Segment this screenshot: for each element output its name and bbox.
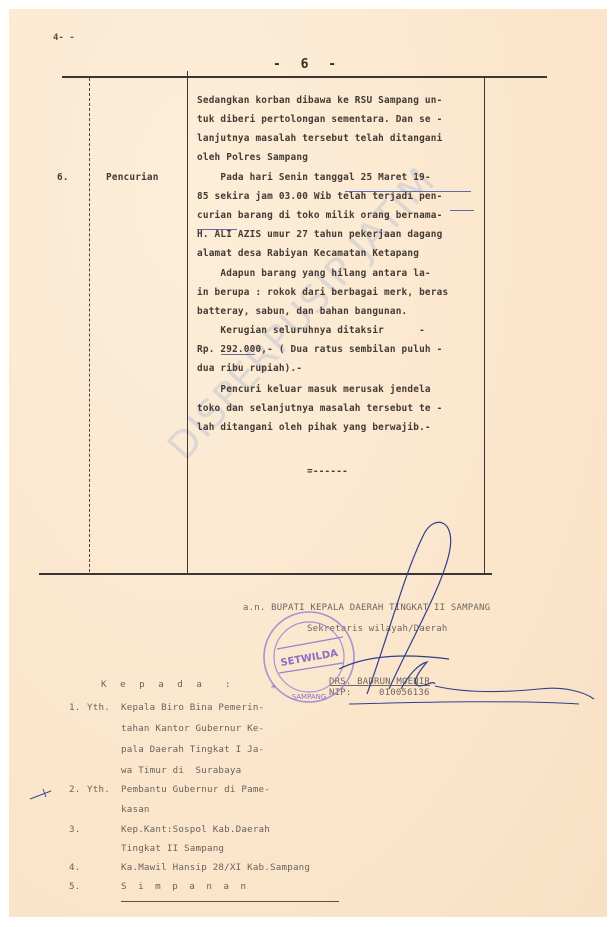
text-line: Pencuri keluar masuk merusak jendela xyxy=(197,384,431,395)
recipient-number: 5. xyxy=(69,881,80,892)
text-line: H. ALI AZIS umur 27 tahun pekerjaan daga… xyxy=(197,229,442,240)
text-line: alamat desa Rabiyan Kecamatan Ketapang xyxy=(197,248,419,259)
table-col-divider-2 xyxy=(187,71,188,574)
recipient-prefix: Yth. xyxy=(87,702,110,713)
recipient-line: tahan Kantor Gubernur Ke- xyxy=(121,723,264,734)
recipient-line: kasan xyxy=(121,804,150,815)
recipient-line: pala Daerah Tingkat I Ja- xyxy=(121,744,264,755)
table-col-divider-3 xyxy=(484,76,485,574)
recipient-line: wa Timur di Surabaya xyxy=(121,765,241,776)
recipient-line: Tingkat II Sampang xyxy=(121,843,224,854)
pencurian-underline-2 xyxy=(197,229,237,230)
recipient-line: Ka.Mawil Hansip 28/XI Kab.Sampang xyxy=(121,862,310,873)
recipient-number: 3. xyxy=(69,824,80,835)
arrow-mark-icon xyxy=(29,787,53,801)
row-category: Pencurian xyxy=(106,172,159,183)
row-number: 6. xyxy=(57,172,69,183)
recipient-line: S i m p a n a n xyxy=(121,881,249,892)
recipient-prefix: Yth. xyxy=(87,784,110,795)
text-line: Sedangkan korban dibawa ke RSU Sampang u… xyxy=(197,95,442,106)
recipients-heading: K e p a d a : xyxy=(101,679,234,690)
text-line: dua ribu rupiah).- xyxy=(197,363,302,374)
text-line: lanjutnya masalah tersebut telah ditanga… xyxy=(197,133,442,144)
signature-icon xyxy=(309,514,599,724)
recipient-number: 2. xyxy=(69,784,80,795)
text-line: 85 sekira jam 03.00 Wib telah terjadi pe… xyxy=(197,191,442,202)
table-top-border xyxy=(62,76,547,78)
text-line: oleh Polres Sampang xyxy=(197,152,308,163)
text-line: toko dan selanjutnya masalah tersebut te… xyxy=(197,403,442,414)
page-number: - 6 - xyxy=(273,57,342,72)
recipient-number: 1. xyxy=(69,702,80,713)
text-line: Pada hari Senin tanggal 25 Maret 19- xyxy=(197,172,431,183)
text-line: Adapun barang yang hilang antara la- xyxy=(197,268,431,279)
recipient-line: Kep.Kant:Sospol Kab.Daerah xyxy=(121,824,270,835)
text-line: Kerugian seluruhnya ditaksir - xyxy=(197,325,425,336)
closing-mark: =------ xyxy=(307,466,348,477)
document-page: DISPERPUSIP JATIM 4- - - 6 - Sedangkan k… xyxy=(9,9,607,917)
recipient-number: 4. xyxy=(69,862,80,873)
pencurian-underline xyxy=(450,210,474,211)
text-line: curian barang di toko milik orang bernam… xyxy=(197,210,442,221)
text-line: in berupa : rokok dari berbagai merk, be… xyxy=(197,287,448,298)
text-line: batteray, sabun, dan bahan bangunan. xyxy=(197,306,407,317)
date-underline xyxy=(345,191,471,192)
amount-underline xyxy=(221,354,255,355)
closing-rule xyxy=(121,901,339,902)
text-line: tuk diberi pertolongan sementara. Dan se… xyxy=(197,114,442,125)
corner-mark: 4- - xyxy=(53,33,75,43)
svg-text:*: * xyxy=(271,684,276,694)
table-col-divider-1 xyxy=(89,78,90,572)
text-line: lah ditangani oleh pihak yang berwajib.- xyxy=(197,422,431,433)
recipient-line: Kepala Biro Bina Pemerin- xyxy=(121,702,264,713)
recipient-line: Pembantu Gubernur di Pame- xyxy=(121,784,270,795)
